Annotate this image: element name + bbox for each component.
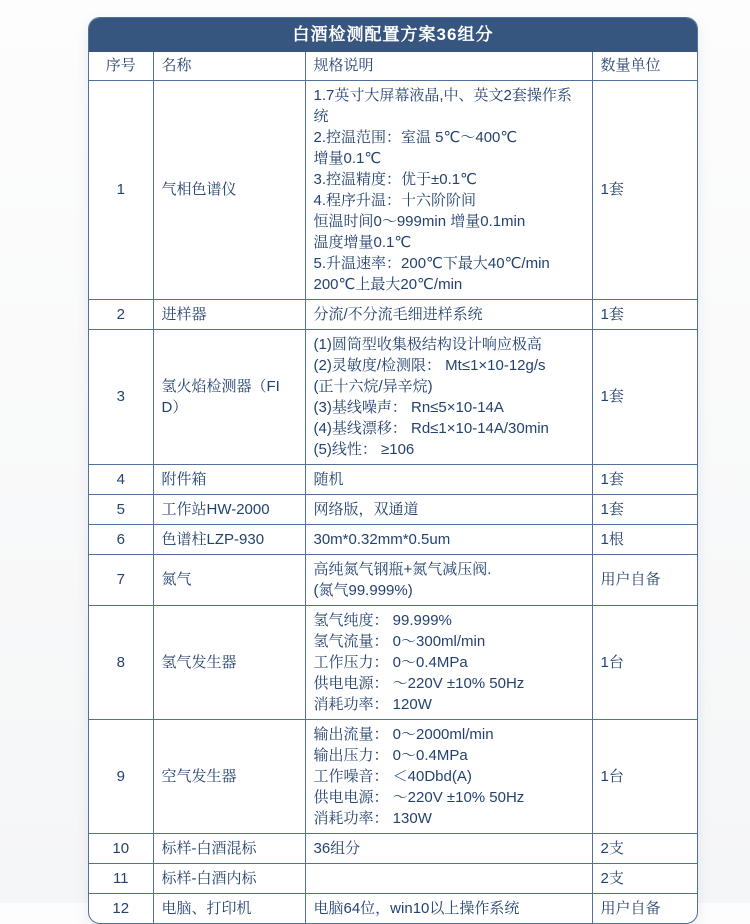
quantity-cell: 1台: [592, 605, 698, 719]
quantity-cell: 2支: [592, 833, 698, 863]
item-name-cell: 电脑、打印机: [153, 893, 305, 903]
table-row: 7氮气高纯氮气钢瓶+氮气减压阀.(氮气99.999%)用户自备: [89, 554, 698, 605]
row-number-cell: 9: [89, 719, 153, 833]
item-name-cell: 进样器: [153, 299, 305, 329]
spec-line: 200℃上最大20℃/min: [314, 274, 584, 295]
row-number-cell: 4: [89, 464, 153, 494]
spec-line: (2)灵敏度/检测限： Mt≤1×10-12g/s: [314, 355, 584, 376]
item-name-cell: 氢火焰检测器（FID）: [153, 329, 305, 464]
spec-line: 输出压力： 0～0.4MPa: [314, 745, 584, 766]
spec-line: (1)圆筒型收集极结构设计响应极高: [314, 334, 584, 355]
row-number-cell: 6: [89, 524, 153, 554]
item-name-cell: 标样-白酒内标: [153, 863, 305, 893]
row-number-cell: 5: [89, 494, 153, 524]
item-name-cell: 氢气发生器: [153, 605, 305, 719]
quantity-cell: 1套: [592, 494, 698, 524]
row-number-cell: 7: [89, 554, 153, 605]
spec-cell: (1)圆筒型收集极结构设计响应极高(2)灵敏度/检测限： Mt≤1×10-12g…: [305, 329, 592, 464]
row-number-cell: 2: [89, 299, 153, 329]
spec-cell: 输出流量： 0～2000ml/min输出压力： 0～0.4MPa工作噪音： ＜4…: [305, 719, 592, 833]
spec-line: 消耗功率： 130W: [314, 808, 584, 829]
spec-line: 消耗功率： 120W: [314, 694, 584, 715]
spec-line: 随机: [314, 469, 584, 490]
spec-table-card: 白酒检测配置方案36组分 序号 名称 规格说明 数量单位 1气相色谱仪1.7英寸…: [88, 17, 698, 903]
quantity-cell: 1套: [592, 464, 698, 494]
item-name-cell: 气相色谱仪: [153, 80, 305, 299]
spec-line: (5)线性： ≥106: [314, 439, 584, 460]
spec-cell: 30m*0.32mm*0.5um: [305, 524, 592, 554]
quantity-cell: 用户自备: [592, 554, 698, 605]
spec-cell: 电脑64位，win10以上操作系统: [305, 893, 592, 903]
table-row: 9空气发生器输出流量： 0～2000ml/min输出压力： 0～0.4MPa工作…: [89, 719, 698, 833]
spec-line: 氢气纯度： 99.999%: [314, 610, 584, 631]
spec-line: 4.程序升温：十六阶阶间: [314, 190, 584, 211]
quantity-cell: 1根: [592, 524, 698, 554]
spec-cell: 高纯氮气钢瓶+氮气减压阀.(氮气99.999%): [305, 554, 592, 605]
spec-cell: 氢气纯度： 99.999%氢气流量： 0～300ml/min工作压力： 0～0.…: [305, 605, 592, 719]
quantity-cell: 用户自备: [592, 893, 698, 903]
spec-line: 供电电源： ～220V ±10% 50Hz: [314, 787, 584, 808]
spec-line: 2.控温范围：室温 5℃～400℃: [314, 127, 584, 148]
table-row: 4附件箱随机1套: [89, 464, 698, 494]
table-row: 11标样-白酒内标2支: [89, 863, 698, 893]
row-number-cell: 11: [89, 863, 153, 893]
spec-line: (氮气99.999%): [314, 580, 584, 601]
spec-line: (4)基线漂移： Rd≤1×10-14A/30min: [314, 418, 584, 439]
table-row: 3氢火焰检测器（FID）(1)圆筒型收集极结构设计响应极高(2)灵敏度/检测限：…: [89, 329, 698, 464]
spec-line: 30m*0.32mm*0.5um: [314, 529, 584, 550]
row-number-cell: 8: [89, 605, 153, 719]
column-header-spec: 规格说明: [305, 52, 592, 80]
spec-cell: 随机: [305, 464, 592, 494]
table-header-row: 序号 名称 规格说明 数量单位: [89, 52, 698, 80]
spec-line: 供电电源： ～220V ±10% 50Hz: [314, 673, 584, 694]
spec-line: (3)基线噪声： Rn≤5×10-14A: [314, 397, 584, 418]
spec-line: 工作噪音： ＜40Dbd(A): [314, 766, 584, 787]
table-row: 6色谱柱LZP-93030m*0.32mm*0.5um1根: [89, 524, 698, 554]
spec-line: 恒温时间0～999min 增量0.1min: [314, 211, 584, 232]
row-number-cell: 1: [89, 80, 153, 299]
spec-line: 分流/不分流毛细进样系统: [314, 304, 584, 325]
row-number-cell: 3: [89, 329, 153, 464]
item-name-cell: 标样-白酒混标: [153, 833, 305, 863]
item-name-cell: 色谱柱LZP-930: [153, 524, 305, 554]
quantity-cell: 1套: [592, 329, 698, 464]
column-header-no: 序号: [89, 52, 153, 80]
spec-line: 高纯氮气钢瓶+氮气减压阀.: [314, 559, 584, 580]
spec-line: 工作压力： 0～0.4MPa: [314, 652, 584, 673]
spec-line: 电脑64位，win10以上操作系统: [314, 898, 584, 904]
quantity-cell: 1台: [592, 719, 698, 833]
spec-line: 温度增量0.1℃: [314, 232, 584, 253]
column-header-name: 名称: [153, 52, 305, 80]
table-body: 1气相色谱仪1.7英寸大屏幕液晶,中、英文2套操作系统2.控温范围：室温 5℃～…: [89, 80, 698, 903]
spec-line: 3.控温精度：优于±0.1℃: [314, 169, 584, 190]
spec-cell: 1.7英寸大屏幕液晶,中、英文2套操作系统2.控温范围：室温 5℃～400℃增量…: [305, 80, 592, 299]
table-row: 8氢气发生器氢气纯度： 99.999%氢气流量： 0～300ml/min工作压力…: [89, 605, 698, 719]
row-number-cell: 10: [89, 833, 153, 863]
table-row: 2进样器分流/不分流毛细进样系统1套: [89, 299, 698, 329]
spec-cell: 分流/不分流毛细进样系统: [305, 299, 592, 329]
spec-line: 网络版，双通道: [314, 499, 584, 520]
quantity-cell: 2支: [592, 863, 698, 893]
table-row: 12电脑、打印机电脑64位，win10以上操作系统用户自备: [89, 893, 698, 903]
column-header-qty: 数量单位: [592, 52, 698, 80]
spec-cell: 36组分: [305, 833, 592, 863]
table-row: 1气相色谱仪1.7英寸大屏幕液晶,中、英文2套操作系统2.控温范围：室温 5℃～…: [89, 80, 698, 299]
item-name-cell: 氮气: [153, 554, 305, 605]
spec-line: (正十六烷/异辛烷): [314, 376, 584, 397]
item-name-cell: 附件箱: [153, 464, 305, 494]
table-row: 5工作站HW-2000网络版，双通道1套: [89, 494, 698, 524]
spec-line: 5.升温速率：200℃下最大40℃/min: [314, 253, 584, 274]
spec-line: 1.7英寸大屏幕液晶,中、英文2套操作系统: [314, 85, 584, 127]
spec-cell: [305, 863, 592, 893]
spec-line: 36组分: [314, 838, 584, 859]
quantity-cell: 1套: [592, 80, 698, 299]
spec-line: 氢气流量： 0～300ml/min: [314, 631, 584, 652]
table-row: 10标样-白酒混标36组分2支: [89, 833, 698, 863]
spec-line: 输出流量： 0～2000ml/min: [314, 724, 584, 745]
item-name-cell: 空气发生器: [153, 719, 305, 833]
quantity-cell: 1套: [592, 299, 698, 329]
item-name-cell: 工作站HW-2000: [153, 494, 305, 524]
spec-line: 增量0.1℃: [314, 148, 584, 169]
spec-table: 序号 名称 规格说明 数量单位 1气相色谱仪1.7英寸大屏幕液晶,中、英文2套操…: [89, 52, 698, 903]
spec-cell: 网络版，双通道: [305, 494, 592, 524]
row-number-cell: 12: [89, 893, 153, 903]
page-title: 白酒检测配置方案36组分: [89, 18, 697, 52]
